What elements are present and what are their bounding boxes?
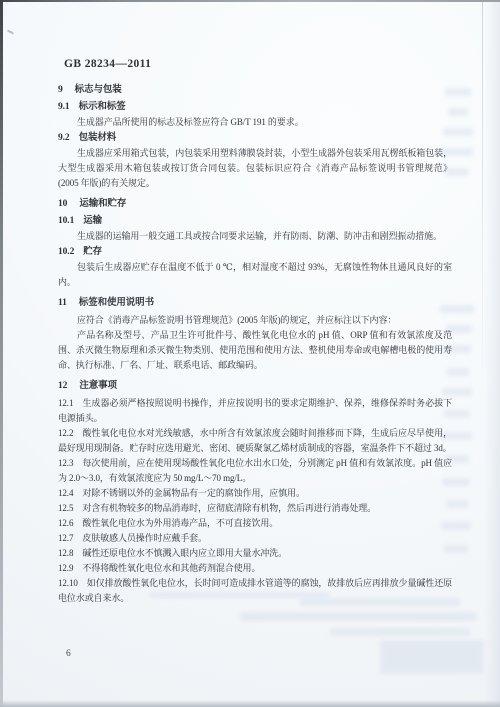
- scan-edge-bottom: [0, 700, 500, 707]
- subsection-title: 包装材料: [79, 133, 117, 143]
- subsection-heading: 10.2贮存: [58, 245, 452, 260]
- clause-number: 12.7: [58, 533, 73, 543]
- section-number: 12: [58, 381, 67, 391]
- clause: 12.4对除不锈钢以外的金属物品有一定的腐蚀作用，应慎用。: [58, 486, 452, 501]
- subsection-number: 10.1: [58, 216, 74, 226]
- page-number: 6: [66, 649, 71, 659]
- clause-number: 12.3: [58, 458, 73, 468]
- section-heading: 12注意事项: [58, 379, 452, 394]
- paragraph: 生成器的运输用一般交通工具或按合同要求运输，并有防雨、防潮、防冲击和剧烈振动措施…: [58, 229, 452, 244]
- section-heading: 9标志与包装: [58, 83, 452, 98]
- scan-edge-left: [0, 0, 3, 707]
- standard-number: GB 28234—2011: [64, 57, 452, 72]
- section-title: 注意事项: [79, 381, 117, 391]
- subsection-number: 10.2: [58, 247, 74, 257]
- subsection-title: 贮存: [83, 247, 102, 257]
- document-text-block: GB 28234—2011 9标志与包装9.1标示和标签生成器产品所使用的标志及…: [58, 57, 452, 606]
- clause-number: 12.6: [58, 518, 73, 528]
- clause-number: 12.8: [58, 548, 73, 558]
- clause-number: 12.5: [58, 503, 73, 513]
- show-through-smudge: [240, 612, 476, 621]
- section-number: 11: [58, 298, 67, 308]
- document-page: GB 28234—2011 9标志与包装9.1标示和标签生成器产品所使用的标志及…: [0, 0, 500, 707]
- document-body: 9标志与包装9.1标示和标签生成器产品所使用的标志及标签应符合 GB/T 191…: [58, 83, 452, 606]
- clause: 12.3每次使用前，应在使用现场酸性氧化电位水出水口处，分别测定 pH 值和有效…: [58, 456, 452, 486]
- clause: 12.8碱性还原电位水不慎溅入眼内应立即用大量水冲洗。: [58, 546, 452, 561]
- clause-number: 12.9: [58, 563, 73, 573]
- paragraph: 应符合《消毒产品标签说明书管理规范》(2005 年版)的规定，并应标注以下内容：: [58, 313, 452, 328]
- section-title: 运输和贮存: [79, 199, 126, 209]
- paragraph: 产品名称及型号、产品卫生许可批件号、酸性氧化电位水的 pH 值、ORP 值和有效…: [58, 328, 452, 373]
- section-number: 9: [58, 85, 63, 95]
- page-fold-line: [482, 0, 483, 400]
- clause: 12.7皮肤敏感人员操作时应戴手套。: [58, 531, 452, 546]
- subsection-number: 9.2: [58, 133, 70, 143]
- subsection-title: 运输: [83, 216, 102, 226]
- scan-speck: [7, 29, 14, 34]
- section-number: 10: [58, 199, 67, 209]
- clause: 12.1生成器必须严格按照说明书操作，并应按说明书的要求定期维护、保养，维修保养…: [58, 396, 452, 426]
- show-through-smudge: [380, 640, 484, 674]
- paragraph: 包装后生成器应贮存在温度不低于 0 ℃，相对湿度不超过 93%，无腐蚀性物体且通…: [58, 260, 452, 290]
- clause: 12.9不得将酸性氧化电位水和其他药剂混合使用。: [58, 561, 452, 576]
- show-through-smudge: [330, 628, 470, 636]
- clause: 12.5对含有机物较多的物品消毒时，应彻底清除有机物，然后再进行消毒处理。: [58, 501, 452, 516]
- subsection-number: 9.1: [58, 102, 70, 112]
- page-right-shading: [484, 0, 500, 707]
- paragraph: 生成器应采用箱式包装，内包装采用塑料薄膜袋封装，小型生成器外包装采用瓦楞纸板箱包…: [58, 146, 452, 191]
- clause: 12.10如仅排放酸性氧化电位水，长时间可造成排水管道等的腐蚀，故排放后应再排放…: [58, 576, 452, 606]
- section-title: 标志与包装: [75, 85, 122, 95]
- subsection-heading: 10.1运输: [58, 214, 452, 229]
- subsection-heading: 9.2包装材料: [58, 131, 452, 146]
- scan-edge-top: [0, 0, 500, 2]
- section-title: 标签和使用说明书: [79, 298, 154, 308]
- clause-number: 12.2: [58, 428, 73, 438]
- clause: 12.2酸性氧化电位水对光线敏感，水中所含有效氯浓度会随时间推移而下降，生成后应…: [58, 426, 452, 456]
- section-heading: 11标签和使用说明书: [58, 296, 452, 311]
- clause-number: 12.4: [58, 488, 73, 498]
- section-heading: 10运输和贮存: [58, 197, 452, 212]
- subsection-heading: 9.1标示和标签: [58, 100, 452, 115]
- paragraph: 生成器产品所使用的标志及标签应符合 GB/T 191 的要求。: [58, 115, 452, 130]
- subsection-title: 标示和标签: [79, 102, 126, 112]
- clause-number: 12.10: [58, 578, 78, 588]
- clause-number: 12.1: [58, 398, 73, 408]
- clause: 12.6酸性氧化电位水为外用消毒产品，不可直接饮用。: [58, 516, 452, 531]
